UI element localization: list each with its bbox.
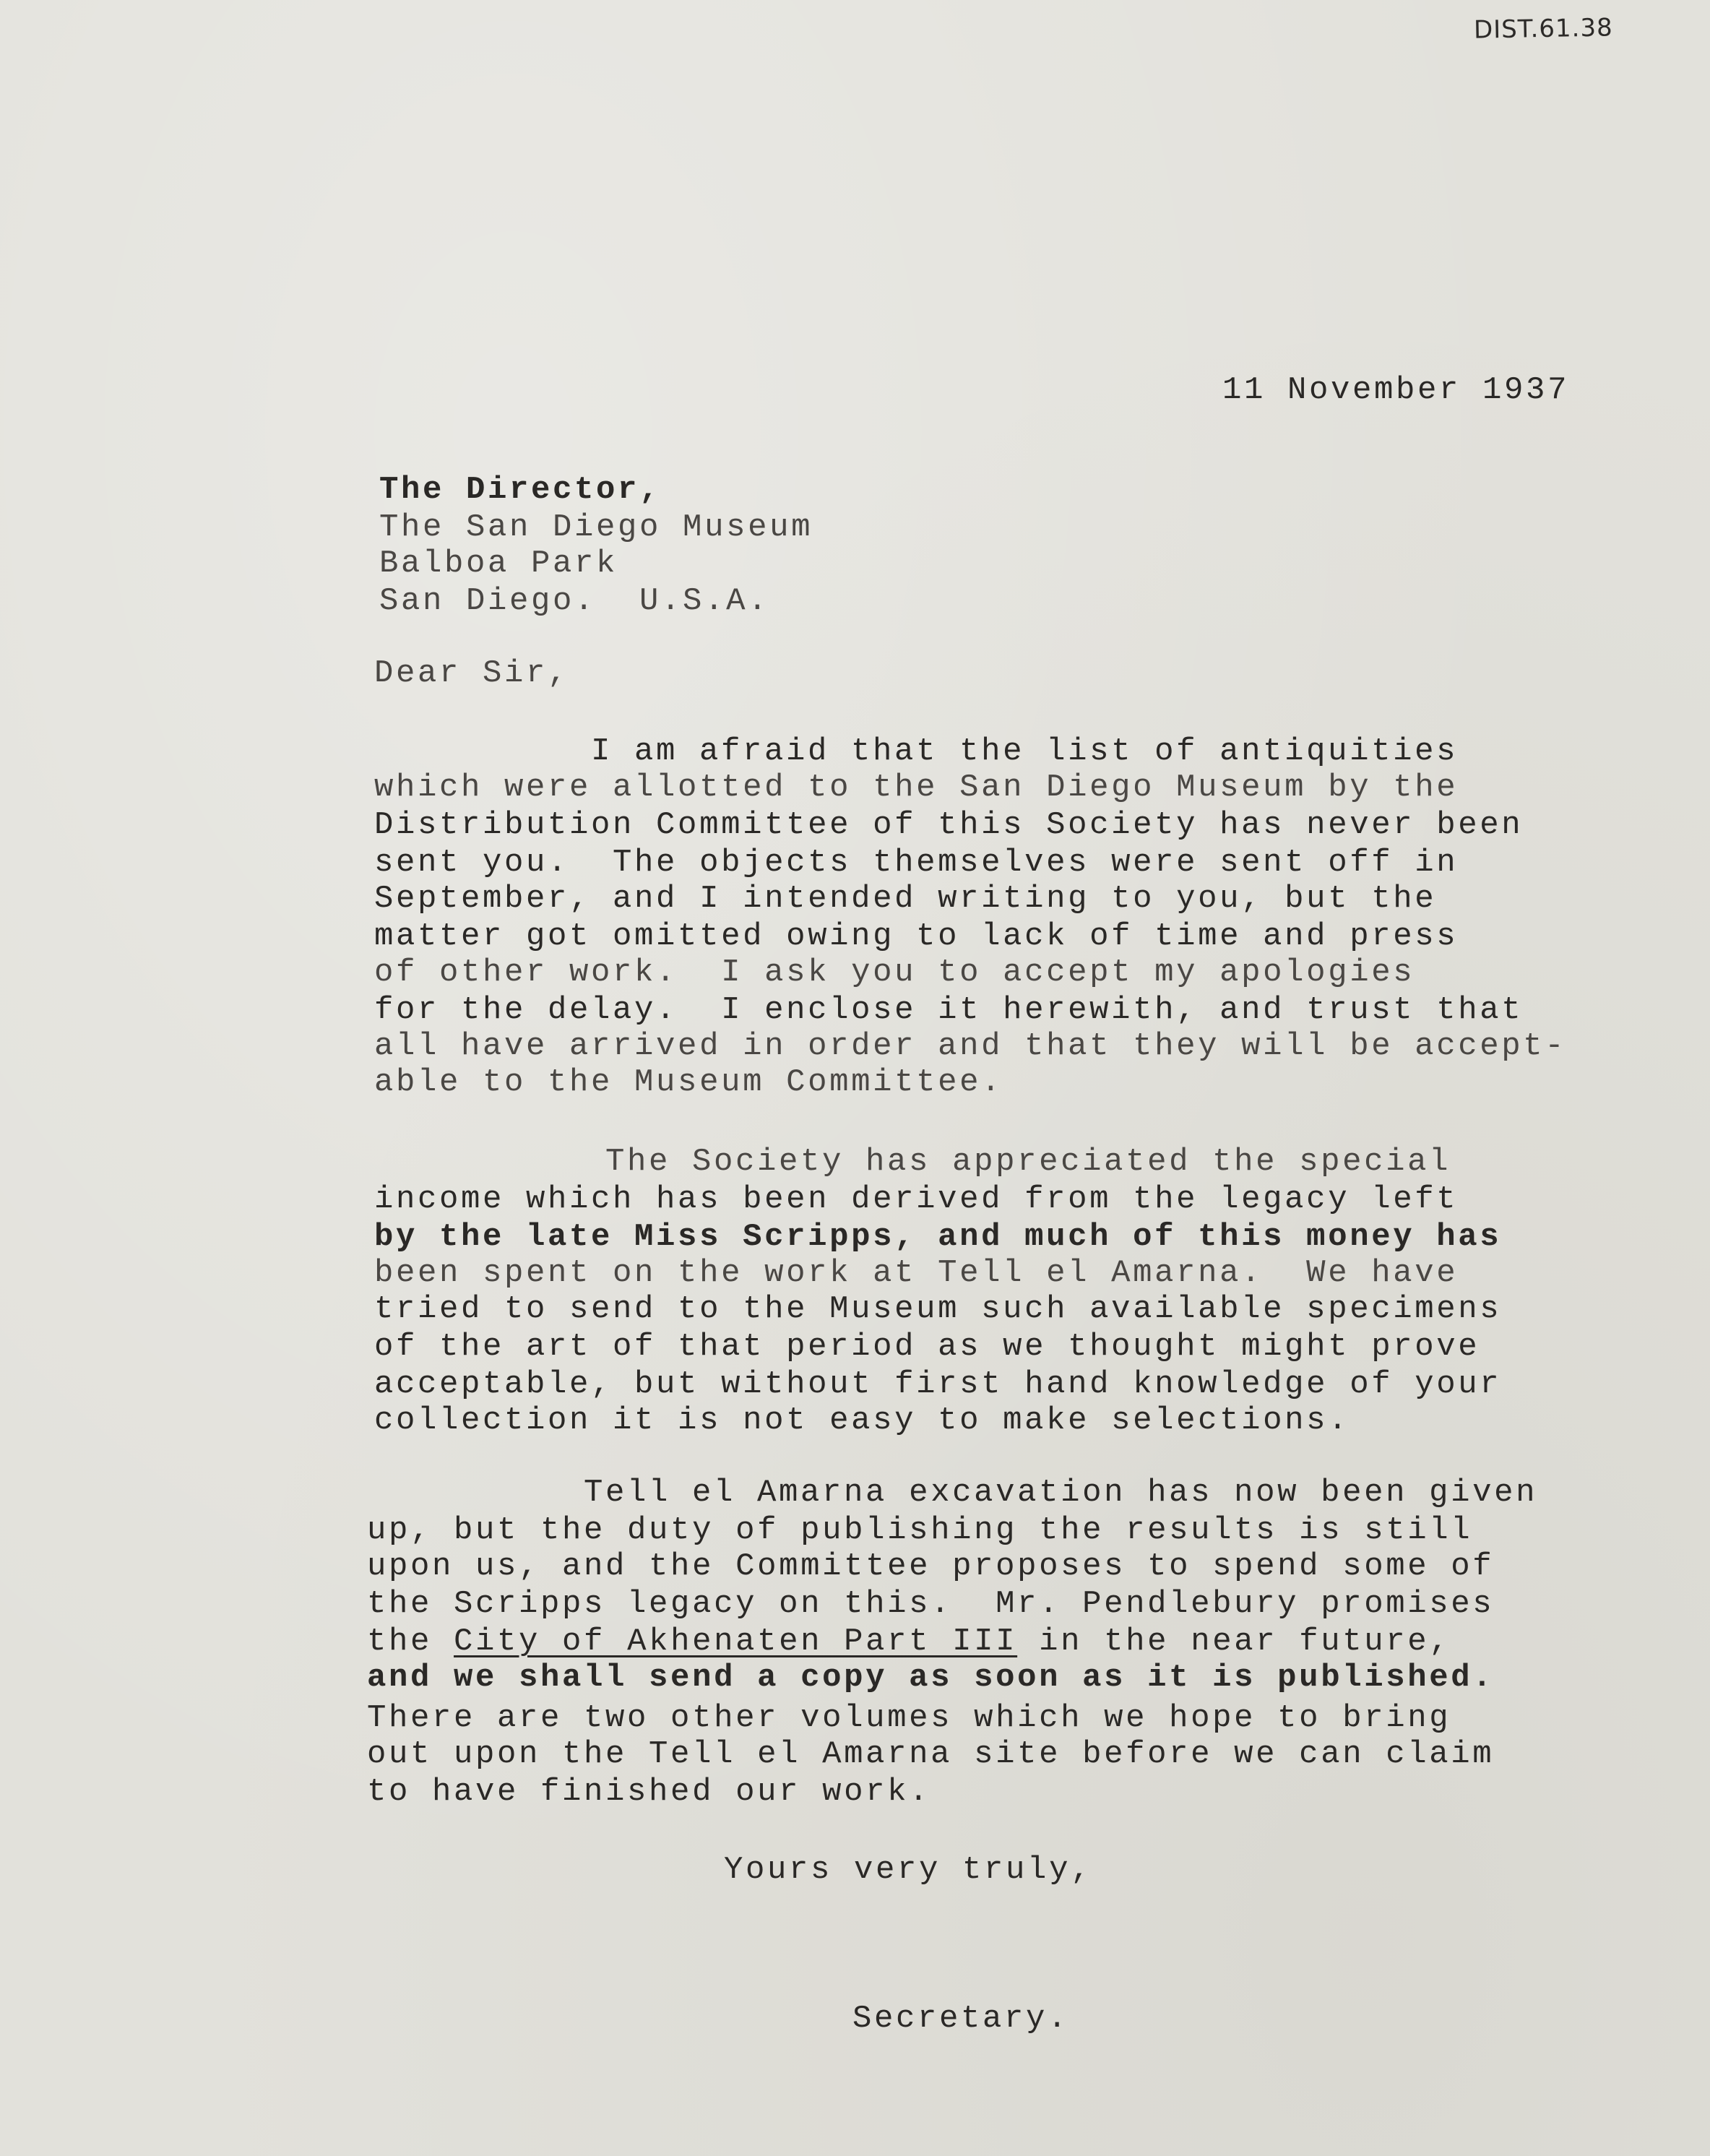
body-line: Tell el Amarna excavation has now been g…: [584, 1477, 1537, 1509]
body-line: matter got omitted owing to lack of time…: [374, 920, 1458, 952]
salutation: Dear Sir,: [374, 657, 569, 689]
recipient-line-2: The San Diego Museum: [379, 512, 813, 543]
body-line: the City of Akhenaten Part III in the ne…: [367, 1626, 1451, 1657]
body-line: been spent on the work at Tell el Amarna…: [374, 1257, 1458, 1289]
body-line: of the art of that period as we thought …: [374, 1331, 1480, 1363]
body-line: I am afraid that the list of antiquities: [591, 736, 1458, 767]
body-text: in the near future,: [1017, 1624, 1451, 1660]
recipient-line-3: Balboa Park: [379, 548, 618, 579]
letter-date: 11 November 1937: [1222, 374, 1569, 406]
book-title: City of Akhenaten Part III: [454, 1624, 1017, 1660]
body-line: sent you. The objects themselves were se…: [374, 847, 1458, 879]
body-line: income which has been derived from the l…: [374, 1183, 1458, 1215]
body-line: and we shall send a copy as soon as it i…: [367, 1662, 1494, 1694]
archive-reference: DIST.61.38: [1474, 13, 1613, 44]
recipient-line-4: San Diego. U.S.A.: [379, 585, 769, 617]
body-line: by the late Miss Scripps, and much of th…: [374, 1221, 1501, 1253]
body-line: acceptable, but without first hand knowl…: [374, 1368, 1501, 1400]
letter-page: DIST.61.38 11 November 1937 The Director…: [0, 0, 1710, 2156]
body-line: collection it is not easy to make select…: [374, 1405, 1350, 1436]
body-line: which were allotted to the San Diego Mus…: [374, 772, 1458, 803]
body-line: for the delay. I enclose it herewith, an…: [374, 994, 1523, 1026]
body-line: out upon the Tell el Amarna site before …: [367, 1738, 1494, 1770]
body-line: upon us, and the Committee proposes to s…: [367, 1551, 1494, 1582]
closing: Yours very truly,: [724, 1854, 1092, 1886]
body-line: of other work. I ask you to accept my ap…: [374, 957, 1415, 988]
signature-title: Secretary.: [852, 2003, 1069, 2035]
body-line: the Scripps legacy on this. Mr. Pendlebu…: [367, 1588, 1494, 1620]
body-line: Distribution Committee of this Society h…: [374, 809, 1523, 841]
body-line: There are two other volumes which we hop…: [367, 1702, 1451, 1734]
body-line: able to the Museum Committee.: [374, 1066, 1003, 1098]
body-line: September, and I intended writing to you…: [374, 883, 1436, 915]
body-line: The Society has appreciated the special: [605, 1146, 1451, 1178]
body-line: tried to send to the Museum such availab…: [374, 1293, 1501, 1325]
recipient-line-1: The Director,: [379, 474, 661, 506]
body-text: the: [367, 1624, 454, 1660]
body-line: all have arrived in order and that they …: [374, 1030, 1566, 1062]
body-line: to have finished our work.: [367, 1776, 930, 1808]
body-line: up, but the duty of publishing the resul…: [367, 1514, 1472, 1546]
